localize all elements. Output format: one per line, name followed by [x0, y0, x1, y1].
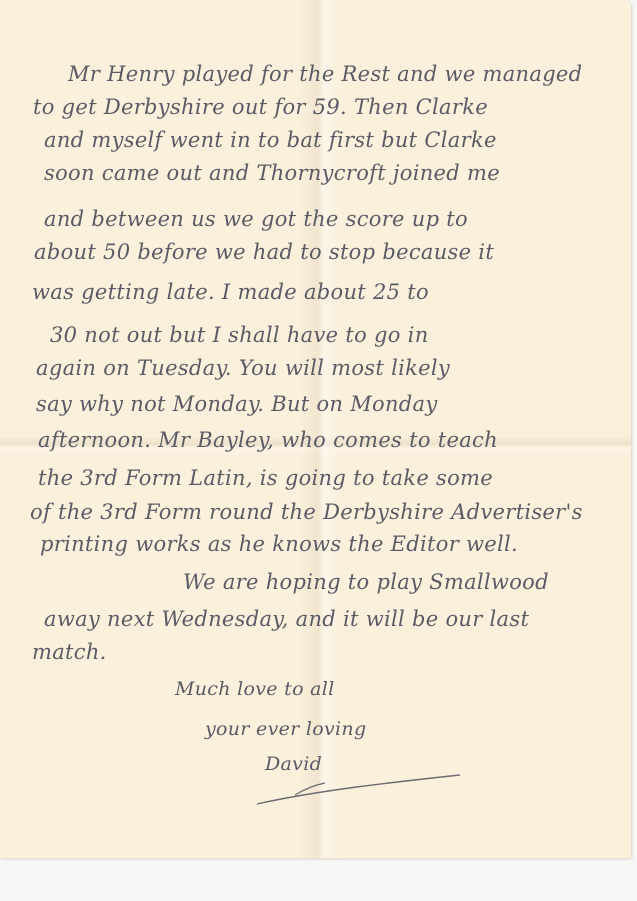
- signature: David: [265, 753, 322, 775]
- letter-line: We are hoping to play Smallwood: [183, 570, 549, 594]
- letter-line: printing works as he knows the Editor we…: [40, 532, 518, 556]
- letter-line: about 50 before we had to stop because i…: [34, 240, 494, 264]
- letter-line: match.: [32, 640, 107, 664]
- letter-line: of the 3rd Form round the Derbyshire Adv…: [30, 500, 583, 524]
- signature-flourish-icon: [255, 773, 465, 807]
- letter-line: and between us we got the score up to: [44, 207, 468, 231]
- letter-line: the 3rd Form Latin, is going to take som…: [38, 466, 493, 490]
- letter-page: Mr Henry played for the Rest and we mana…: [0, 0, 631, 858]
- letter-line: away next Wednesday, and it will be our …: [44, 607, 529, 631]
- letter-line: afternoon. Mr Bayley, who comes to teach: [38, 428, 498, 452]
- letter-line: 30 not out but I shall have to go in: [50, 323, 429, 347]
- letter-line: soon came out and Thornycroft joined me: [44, 161, 500, 185]
- letter-line: Mr Henry played for the Rest and we mana…: [68, 62, 582, 86]
- letter-line: and myself went in to bat first but Clar…: [44, 128, 497, 152]
- letter-line: was getting late. I made about 25 to: [32, 280, 429, 304]
- letter-line: again on Tuesday. You will most likely: [36, 356, 450, 380]
- closing-line: your ever loving: [205, 718, 366, 740]
- letter-line: to get Derbyshire out for 59. Then Clark…: [33, 95, 488, 119]
- closing-line: Much love to all: [175, 678, 335, 700]
- letter-line: say why not Monday. But on Monday: [36, 392, 438, 416]
